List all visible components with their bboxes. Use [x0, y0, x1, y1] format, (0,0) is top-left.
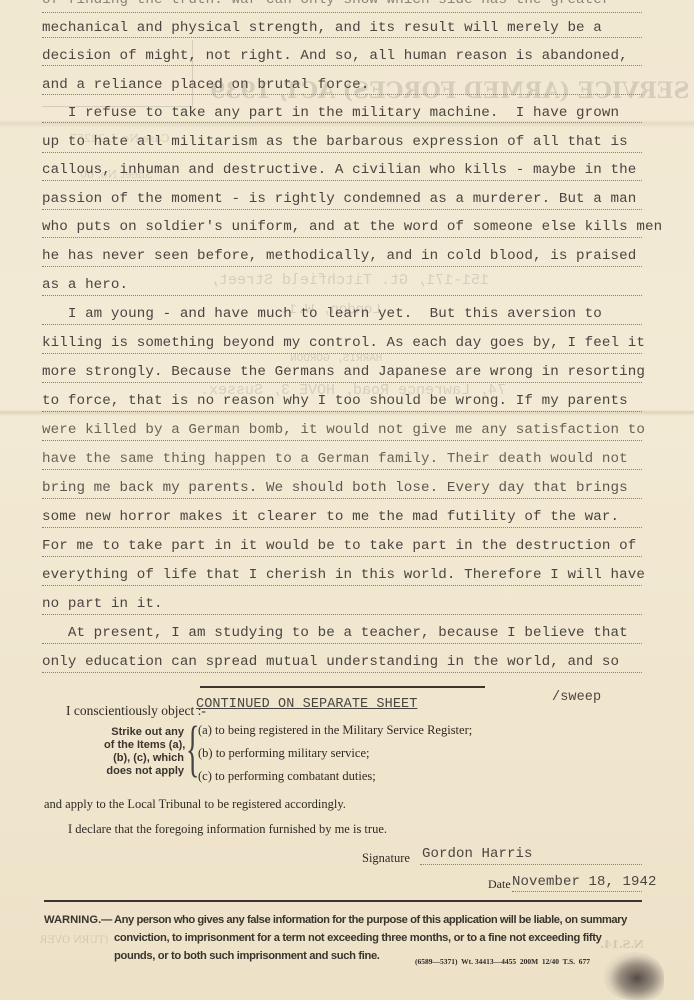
show-through-turn-over: (TURN OVER: [40, 935, 109, 946]
dotted-rule: [42, 469, 642, 470]
strike-instruction-line: Strike out any: [104, 726, 184, 739]
typed-line: as a hero.: [42, 277, 128, 293]
strike-instruction-line: (b), (c), which: [104, 752, 184, 765]
typed-line: and a reliance placed on brutal force.: [42, 77, 369, 93]
typed-line: everything of life that I cherish in thi…: [42, 567, 645, 583]
dotted-rule: [42, 672, 642, 673]
typed-line: passion of the moment - is rightly conde…: [42, 191, 636, 207]
warning-top-rule: [44, 900, 642, 902]
warning-title: WARNING.—: [44, 914, 112, 926]
dotted-rule: [42, 353, 642, 354]
typed-line: I refuse to take any part in the militar…: [42, 105, 619, 121]
typed-line: were killed by a German bomb, it would n…: [42, 422, 645, 438]
show-through-address-line: 151-171, Gt. Titchfield Street,: [210, 272, 489, 289]
objection-label: I conscientiously object :-: [66, 703, 206, 719]
dotted-rule: [42, 65, 642, 66]
signature-label: Signature: [362, 851, 410, 866]
heavy-rule: [200, 686, 485, 688]
dotted-rule: [42, 180, 642, 181]
typed-line: more strongly. Because the Germans and J…: [42, 364, 645, 380]
document-page: NATIONAL SERVICE (ARMED FORCES) ACT, 193…: [0, 0, 694, 1000]
typed-line: he has never seen before, methodically, …: [42, 248, 636, 264]
dotted-rule: [42, 12, 642, 13]
typed-line: some new horror makes it clearer to me t…: [42, 509, 619, 525]
warning-line-1: Any person who gives any false informati…: [114, 914, 627, 926]
typed-line: bring me back my parents. We should both…: [42, 480, 628, 496]
typed-line: of finding the truth. War can only show …: [42, 0, 611, 8]
dotted-rule: [42, 152, 642, 153]
typed-line: I am young - and have much to learn yet.…: [42, 306, 602, 322]
typed-line: At present, I am studying to be a teache…: [42, 625, 628, 641]
objection-item-c[interactable]: (c) to performing combatant duties;: [198, 769, 376, 784]
dotted-rule: [42, 237, 642, 238]
warning-line-2: conviction, to imprisonment for a term n…: [114, 932, 602, 944]
dotted-rule: [42, 295, 642, 296]
dotted-rule: [42, 643, 642, 644]
dotted-rule: [42, 498, 642, 499]
typed-line: who puts on soldier's uniform, and at th…: [42, 219, 662, 235]
typed-line: up to hate all militarism as the barbaro…: [42, 134, 628, 150]
typed-line: For me to take part in it would be to ta…: [42, 538, 636, 554]
signature-dotted-rule: [420, 864, 642, 865]
dotted-rule: [42, 556, 642, 557]
dotted-rule: [42, 37, 642, 38]
signature-field[interactable]: Gordon Harris: [422, 846, 533, 862]
show-through-form-no: N.S.14.: [600, 938, 644, 951]
dotted-rule: [42, 614, 642, 615]
objection-typed-value[interactable]: CONTINUED ON SEPARATE SHEET: [196, 697, 417, 712]
objection-item-a[interactable]: (a) to being registered in the Military …: [198, 723, 472, 738]
dotted-rule: [42, 382, 642, 383]
dotted-rule: [42, 585, 642, 586]
date-field[interactable]: November 18, 1942: [512, 874, 657, 890]
date-label: Date: [488, 877, 511, 892]
ink-smudge: [604, 952, 664, 1000]
dotted-rule: [42, 440, 642, 441]
dotted-rule: [42, 324, 642, 325]
dotted-rule: [42, 527, 642, 528]
strike-instruction: Strike out any of the Items (a), (b), (c…: [104, 726, 184, 778]
warning-line-3: pounds, or to both such imprisonment and…: [114, 950, 380, 962]
typed-line: only education can spread mutual underst…: [42, 654, 619, 670]
strike-instruction-line: does not apply: [104, 765, 184, 778]
typed-line: have the same thing happen to a German f…: [42, 451, 628, 467]
continuation-note: /sweep: [552, 690, 601, 705]
print-code: (6589—5371) Wt. 34413—4455 200M 12/40 T.…: [415, 957, 590, 966]
objection-item-b[interactable]: (b) to performing military service;: [198, 746, 369, 761]
dotted-rule: [42, 94, 642, 95]
strike-instruction-line: of the Items (a),: [104, 739, 184, 752]
dotted-rule: [42, 209, 642, 210]
dotted-rule: [42, 266, 642, 267]
dotted-rule: [42, 411, 642, 412]
typed-line: killing is something beyond my control. …: [42, 335, 645, 351]
typed-line: decision of might, not right. And so, al…: [42, 48, 628, 64]
apply-text: and apply to the Local Tribunal to be re…: [44, 797, 346, 812]
typed-line: callous, inhuman and destructive. A civi…: [42, 162, 636, 178]
typed-line: mechanical and physical strength, and it…: [42, 20, 602, 36]
typed-line: no part in it.: [42, 596, 163, 612]
date-dotted-rule: [512, 891, 642, 892]
typed-line: to force, that is no reason why I too sh…: [42, 393, 628, 409]
dotted-rule: [42, 122, 642, 123]
declaration-text: I declare that the foregoing information…: [68, 822, 387, 837]
